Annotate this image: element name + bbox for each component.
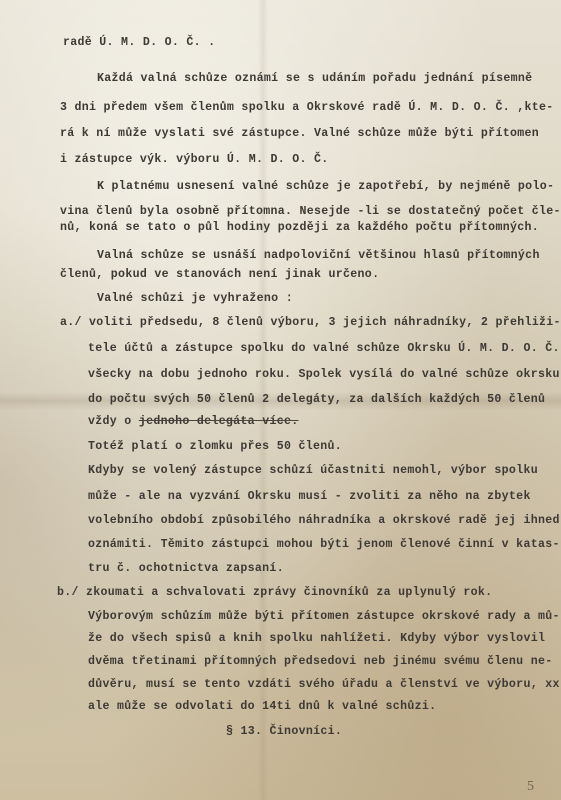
text-line: dvěma třetinami přítomných předsedovi ne… [88, 655, 552, 668]
text-line: ale může se odvolati do 14ti dnů k valné… [88, 700, 436, 713]
text-line: tru č. ochotnictva zapsaní. [88, 562, 284, 575]
document-page: radě Ú. M. D. O. Č. .Každá valná schůze … [0, 0, 561, 800]
text-line: K platnému usnesení valné schůze je zapo… [97, 180, 554, 193]
text-line: Valná schůze se usnáší nadpoloviční větš… [97, 249, 540, 262]
text-line: do počtu svých 50 členů 2 delegáty, za d… [88, 393, 545, 406]
text-line: všecky na dobu jednoho roku. Spolek vysí… [88, 368, 560, 381]
text-line: i zástupce výk. výboru Ú. M. D. O. Č. [60, 153, 329, 166]
text-line: tele účtů a zástupce spolku do valné sch… [88, 342, 560, 355]
text-line: může - ale na vyzvání Okrsku musí - zvol… [88, 490, 531, 503]
text-line: § 13. Činovníci. [226, 725, 342, 738]
text-line: důvěru, musí se tento vzdáti svého úřadu… [88, 678, 560, 691]
text-line: členů, pokud ve stanovách není jinak urč… [60, 268, 379, 281]
text-line: Výborovým schůzím může býti přítomen zás… [88, 610, 560, 623]
text-line: Valné schůzi je vyhraženo : [97, 292, 293, 305]
text-line: a./ voliti předsedu, 8 členů výboru, 3 j… [60, 316, 561, 329]
text-line: Totéž platí o zlomku přes 50 členů. [88, 440, 342, 453]
text-segment: vždy o [88, 415, 139, 428]
page-number: 5 [527, 779, 534, 795]
text-line: volebního období způsobilého náhradníka … [88, 514, 560, 527]
text-line: Každá valná schůze oznámí se s udáním po… [97, 72, 532, 85]
text-line: radě Ú. M. D. O. Č. . [63, 36, 215, 49]
text-line: rá k ní může vyslati své zástupce. Valné… [60, 127, 539, 140]
struck-text-segment: jednoho delegáta více. [139, 415, 299, 428]
text-line: 3 dni předem všem členům spolku a Okrsko… [60, 101, 554, 114]
text-line: vždy o jednoho delegáta více. [88, 415, 298, 428]
text-line: oznámiti. Těmito zástupci mohou býti jen… [88, 538, 560, 551]
text-line: b./ zkoumati a schvalovati zprávy činovn… [57, 586, 492, 599]
text-line: vina členů byla osobně přítomna. Nesejde… [60, 205, 561, 218]
text-line: Kdyby se volený zástupce schůzí účastnit… [88, 464, 538, 477]
text-line: že do všech spisů a knih spolku nahlížet… [88, 632, 545, 645]
text-line: nů, koná se tato o půl hodiny později za… [60, 221, 539, 234]
